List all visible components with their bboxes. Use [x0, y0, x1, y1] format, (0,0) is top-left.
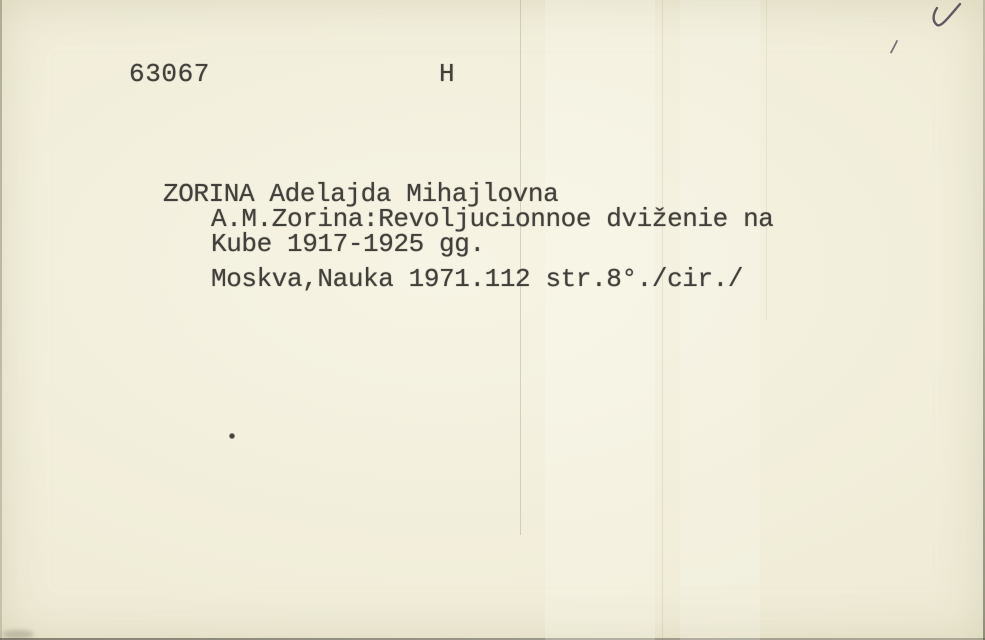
- paper-crease: [766, 0, 767, 320]
- scan-light-band: [680, 0, 760, 640]
- scan-edge-left: [0, 0, 2, 640]
- call-number: 63067: [129, 61, 210, 87]
- catalog-card-scan: 63067 H ZORINA Adelajda Mihajlovna A.M.Z…: [0, 0, 985, 640]
- ink-dot: [229, 433, 235, 439]
- handwritten-checkmark: [934, 4, 960, 25]
- section-letter: H: [439, 61, 454, 87]
- scan-light-band: [545, 0, 655, 640]
- paper-crease: [662, 0, 663, 640]
- ink-smudge: [2, 630, 34, 639]
- handwritten-tick-mark: [891, 41, 897, 53]
- handwritten-checkmark-icon: [878, 0, 985, 62]
- title-line-2: Kube 1917-1925 gg.: [211, 231, 485, 257]
- imprint-line: Moskva,Nauka 1971.112 str.8°./cir./: [211, 266, 743, 292]
